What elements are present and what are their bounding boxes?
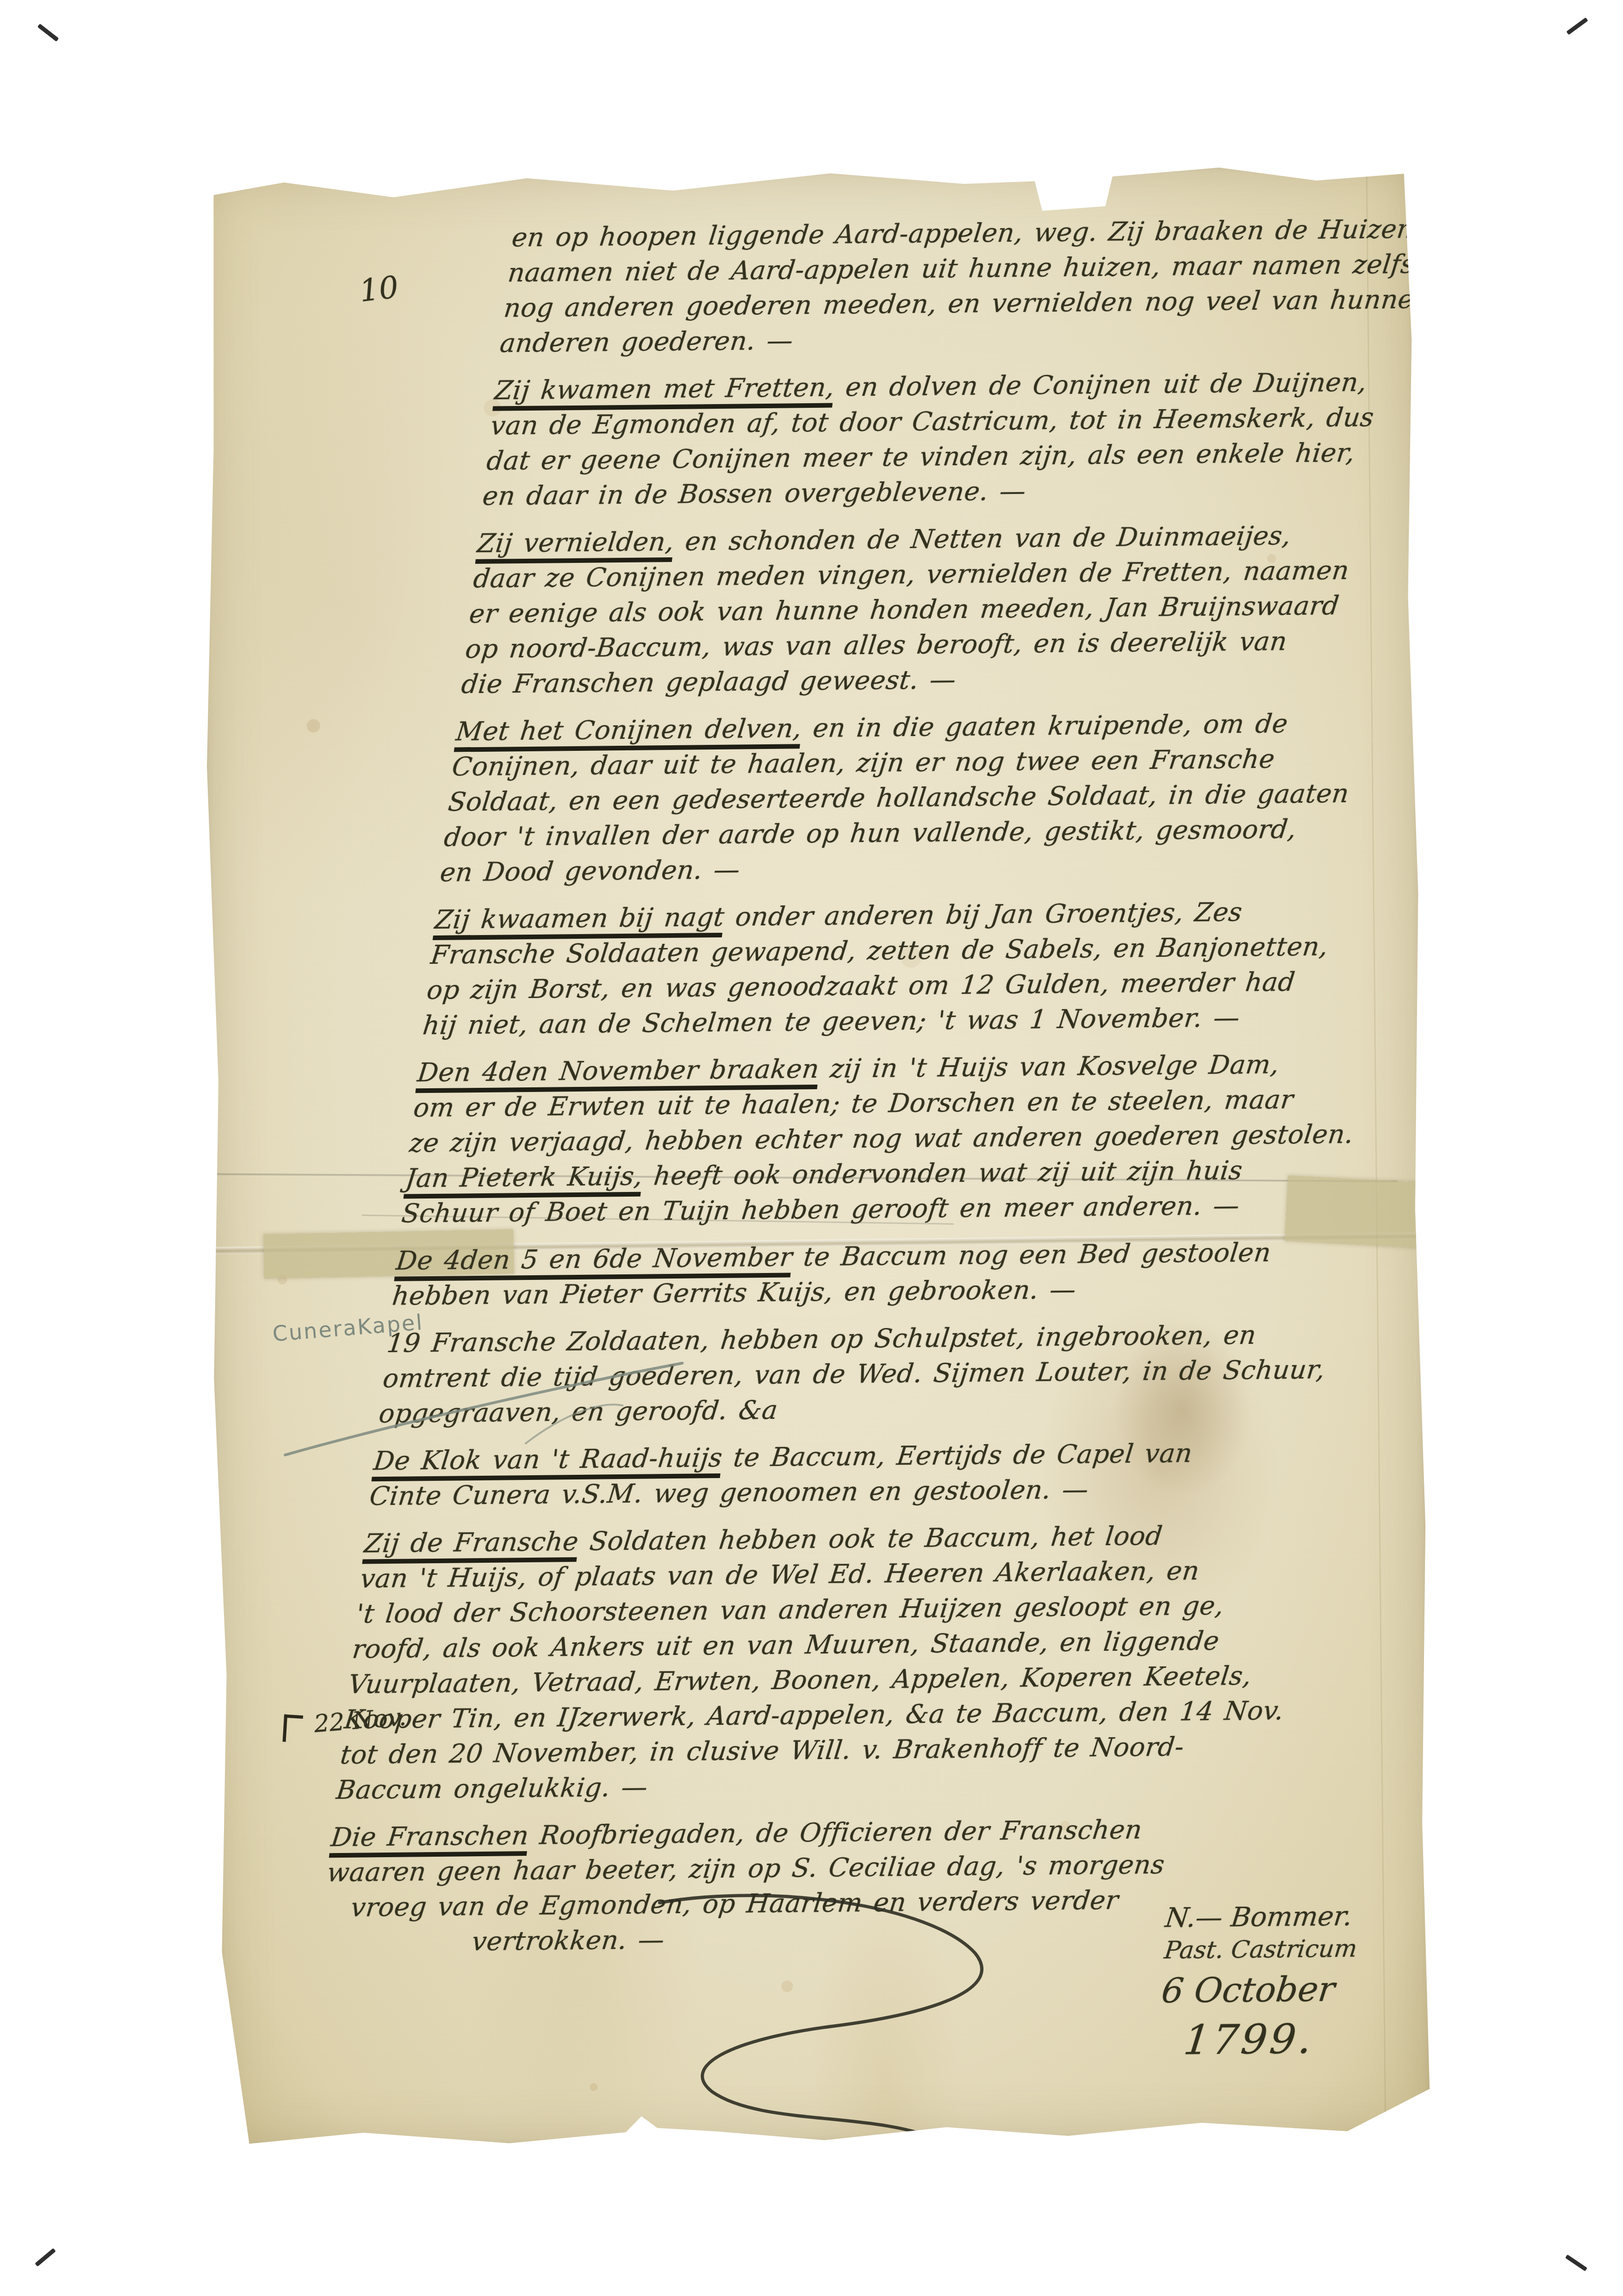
manuscript-page: 10 en op hoopen liggende Aard-appelen, w…	[199, 162, 1433, 2150]
page-number: 10	[358, 269, 400, 309]
margin-note-22-nov-label: 22 Nov.	[313, 1703, 407, 1738]
manuscript-text: en op hoopen liggende Aard-appelen, weg.…	[316, 212, 1428, 1973]
signature-date: 6 October	[1155, 1965, 1356, 2015]
signature-title: Past. Castricum	[1160, 1933, 1359, 1967]
scan-corner-mark	[37, 24, 59, 42]
signature-year: 1799.	[1149, 2013, 1350, 2066]
scan-corner-mark	[35, 2248, 56, 2266]
bracket-mark-icon	[283, 1715, 303, 1743]
signature-block: N.— Bommer. Past. Castricum 6 October 17…	[1149, 1899, 1362, 2066]
signature-name: N.— Bommer.	[1163, 1899, 1362, 1934]
scan-corner-mark	[1566, 18, 1588, 35]
scan-corner-mark	[1565, 2254, 1587, 2271]
